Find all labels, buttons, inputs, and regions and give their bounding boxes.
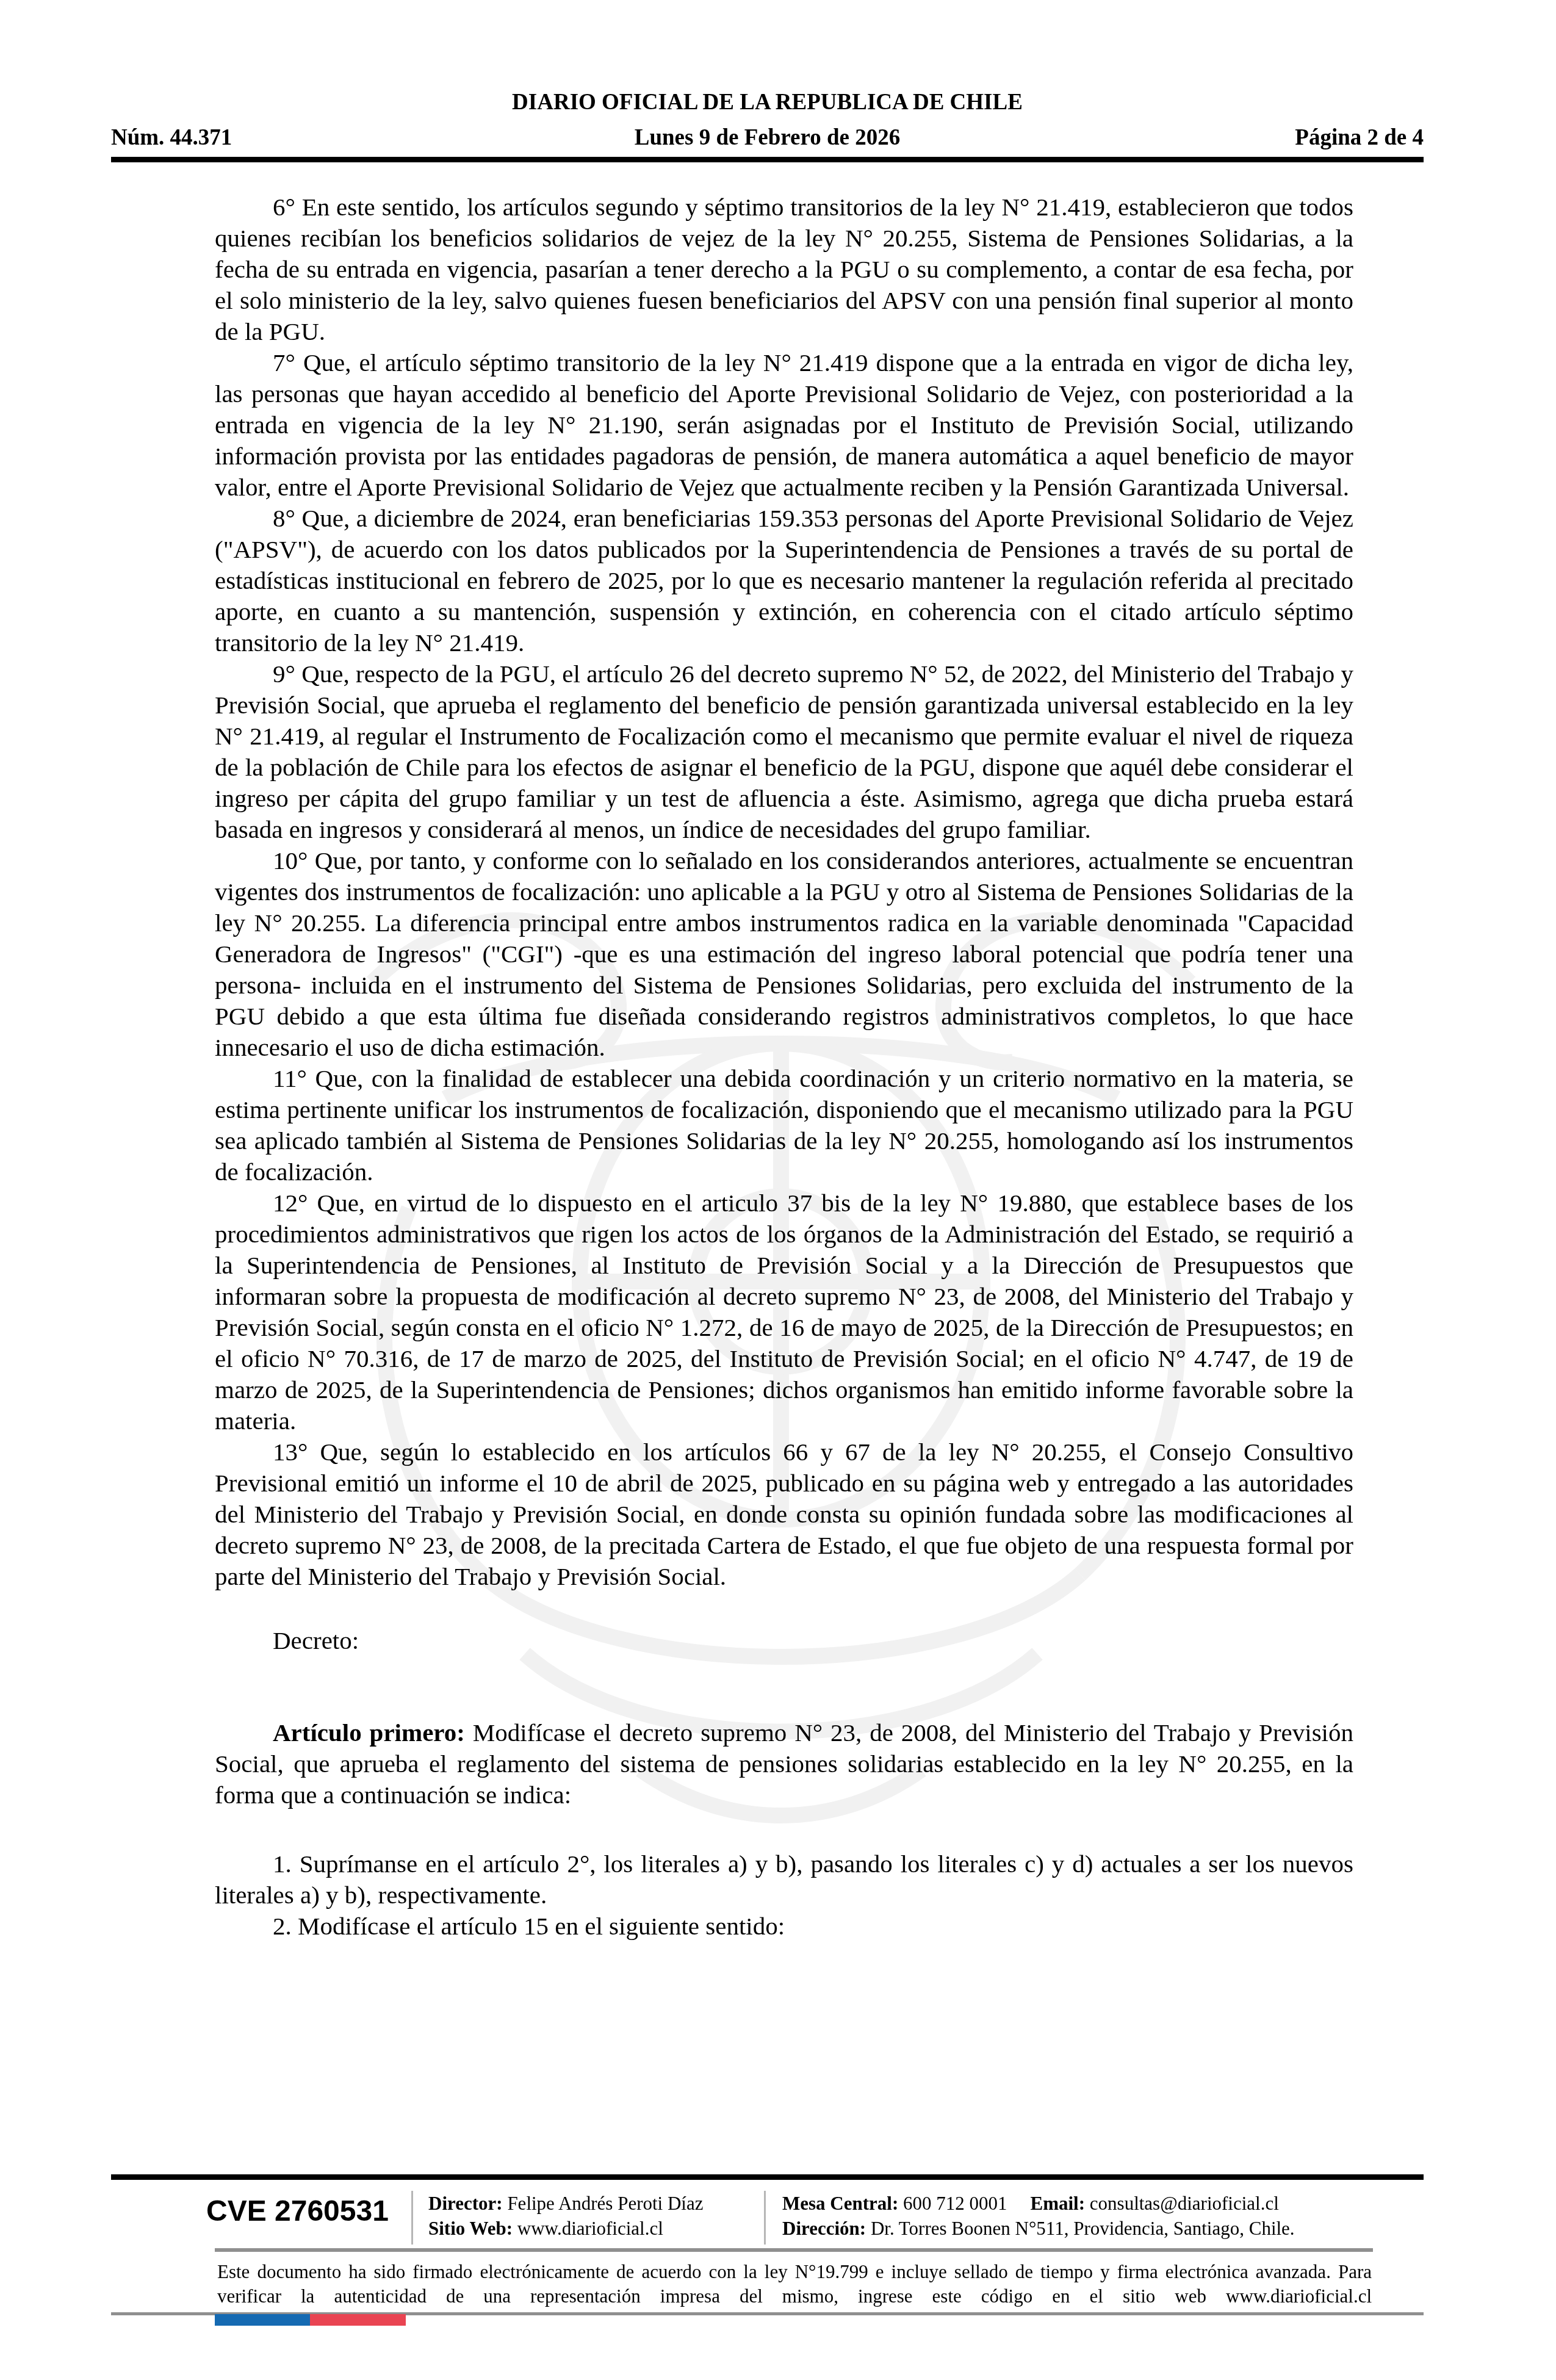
- considerando-12: 12° Que, en virtud de lo dispuesto en el…: [215, 1188, 1353, 1437]
- considerando-7: 7° Que, el artículo séptimo transitorio …: [215, 347, 1353, 503]
- footer-rule-top: [111, 2174, 1424, 2180]
- gazette-page: DIARIO OFICIAL DE LA REPUBLICA DE CHILE …: [0, 0, 1556, 2380]
- modification-item-2: 2. Modifícase el artículo 15 en el sigui…: [215, 1911, 1353, 1942]
- header-rule: [111, 157, 1424, 162]
- address-label: Dirección:: [782, 2218, 866, 2239]
- mesa-central-label: Mesa Central:: [782, 2193, 898, 2214]
- considerando-10: 10° Que, por tanto, y conforme con lo se…: [215, 845, 1353, 1063]
- footer-divider-1: [411, 2191, 413, 2245]
- page-indicator: Página 2 de 4: [1295, 124, 1424, 151]
- header-meta-row: Núm. 44.371 Lunes 9 de Febrero de 2026 P…: [111, 124, 1424, 154]
- page-title: DIARIO OFICIAL DE LA REPUBLICA DE CHILE: [111, 89, 1424, 115]
- footer-divider-2: [764, 2191, 766, 2245]
- article-first-lead: Artículo primero:: [273, 1718, 465, 1747]
- email-label: Email:: [1031, 2193, 1086, 2214]
- email-value: consultas@diarioficial.cl: [1085, 2193, 1279, 2214]
- address-value: Dr. Torres Boonen N°511, Providencia, Sa…: [866, 2218, 1294, 2239]
- website-value: www.diarioficial.cl: [513, 2218, 663, 2239]
- considerando-9: 9° Que, respecto de la PGU, el artículo …: [215, 658, 1353, 845]
- footer-director-block: Director: Felipe Andrés Peroti Díaz Siti…: [428, 2191, 704, 2241]
- mesa-central-value: 600 712 0001: [898, 2193, 1007, 2214]
- cve-code: CVE 2760531: [206, 2194, 389, 2228]
- flag-blue-bar: [215, 2314, 310, 2326]
- decree-body: 6° En este sentido, los artículos segund…: [215, 192, 1353, 1942]
- footer-contact-block: Mesa Central: 600 712 0001Email: consult…: [782, 2191, 1295, 2241]
- considerando-6: 6° En este sentido, los artículos segund…: [215, 192, 1353, 347]
- website-line: Sitio Web: www.diarioficial.cl: [428, 2216, 704, 2241]
- signature-disclaimer: Este documento ha sido firmado electróni…: [217, 2260, 1372, 2309]
- issue-date: Lunes 9 de Febrero de 2026: [111, 124, 1424, 151]
- decree-label: Decreto:: [215, 1625, 1353, 1656]
- modification-item-1: 1. Suprímanse en el artículo 2°, los lit…: [215, 1848, 1353, 1911]
- address-line: Dirección: Dr. Torres Boonen N°511, Prov…: [782, 2216, 1295, 2241]
- phone-email-line: Mesa Central: 600 712 0001Email: consult…: [782, 2191, 1295, 2216]
- considerando-13: 13° Que, según lo establecido en los art…: [215, 1437, 1353, 1592]
- flag-red-bar: [310, 2314, 406, 2326]
- footer-rule-middle: [215, 2248, 1373, 2252]
- website-label: Sitio Web:: [428, 2218, 513, 2239]
- director-label: Director:: [428, 2193, 503, 2214]
- article-first-paragraph: Artículo primero: Modifícase el decreto …: [215, 1717, 1353, 1811]
- director-name: Felipe Andrés Peroti Díaz: [503, 2193, 704, 2214]
- director-line: Director: Felipe Andrés Peroti Díaz: [428, 2191, 704, 2216]
- considerando-11: 11° Que, con la finalidad de establecer …: [215, 1063, 1353, 1188]
- considerando-8: 8° Que, a diciembre de 2024, eran benefi…: [215, 503, 1353, 658]
